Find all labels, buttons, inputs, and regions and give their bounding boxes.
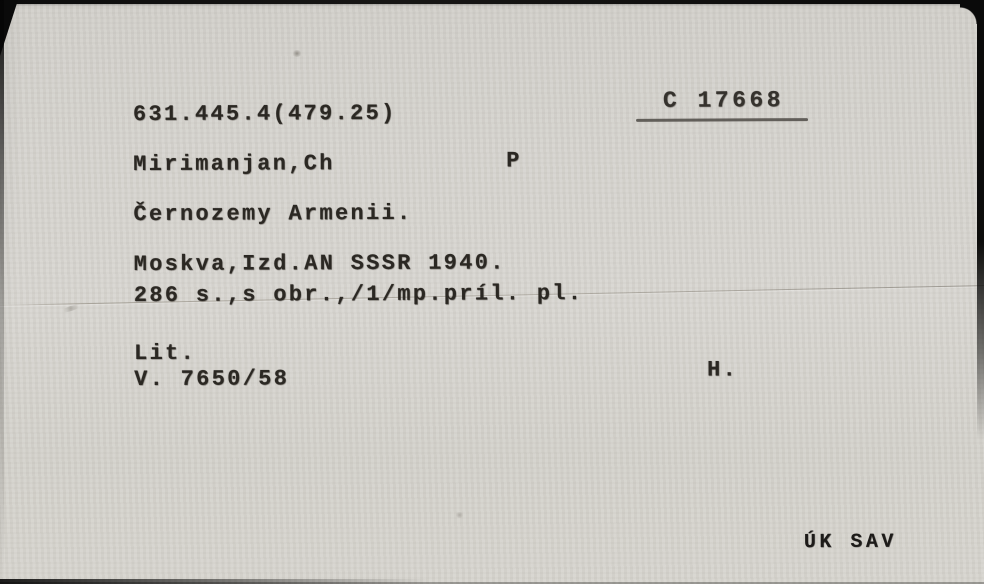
scanned-catalog-card-page: { "scan": { "background_color": "#050505…	[0, 0, 984, 584]
catalog-card: 631.445.4(479.25) C 17668 Mirimanjan,Ch …	[0, 0, 984, 584]
udc-call-number: 631.445.4(479.25)	[133, 101, 397, 129]
library-stamp: ÚK SAV	[804, 531, 897, 555]
cataloguer-mark: H.	[707, 357, 738, 384]
collation-pages: 286 s.,s obr.,/1/mp.príl. pl.	[134, 281, 584, 309]
scan-edge-left	[0, 0, 4, 584]
literature-note: Lit.	[134, 341, 196, 368]
scan-edge-top	[0, 0, 984, 4]
scan-edge-right	[977, 0, 984, 440]
book-title: Černozemy Armenii.	[133, 201, 412, 229]
author-name: Mirimanjan,Ch	[133, 151, 335, 178]
shelf-number: V. 7650/58	[134, 366, 289, 393]
format-mark: P	[506, 148, 522, 174]
imprint-publisher-year: Moskva,Izd.AN SSSR 1940.	[134, 250, 506, 278]
scan-corner-top-right	[960, 0, 984, 24]
accession-number: C 17668	[663, 87, 784, 115]
accession-underline	[636, 118, 808, 122]
typewritten-text-layer: 631.445.4(479.25) C 17668 Mirimanjan,Ch …	[0, 0, 984, 584]
